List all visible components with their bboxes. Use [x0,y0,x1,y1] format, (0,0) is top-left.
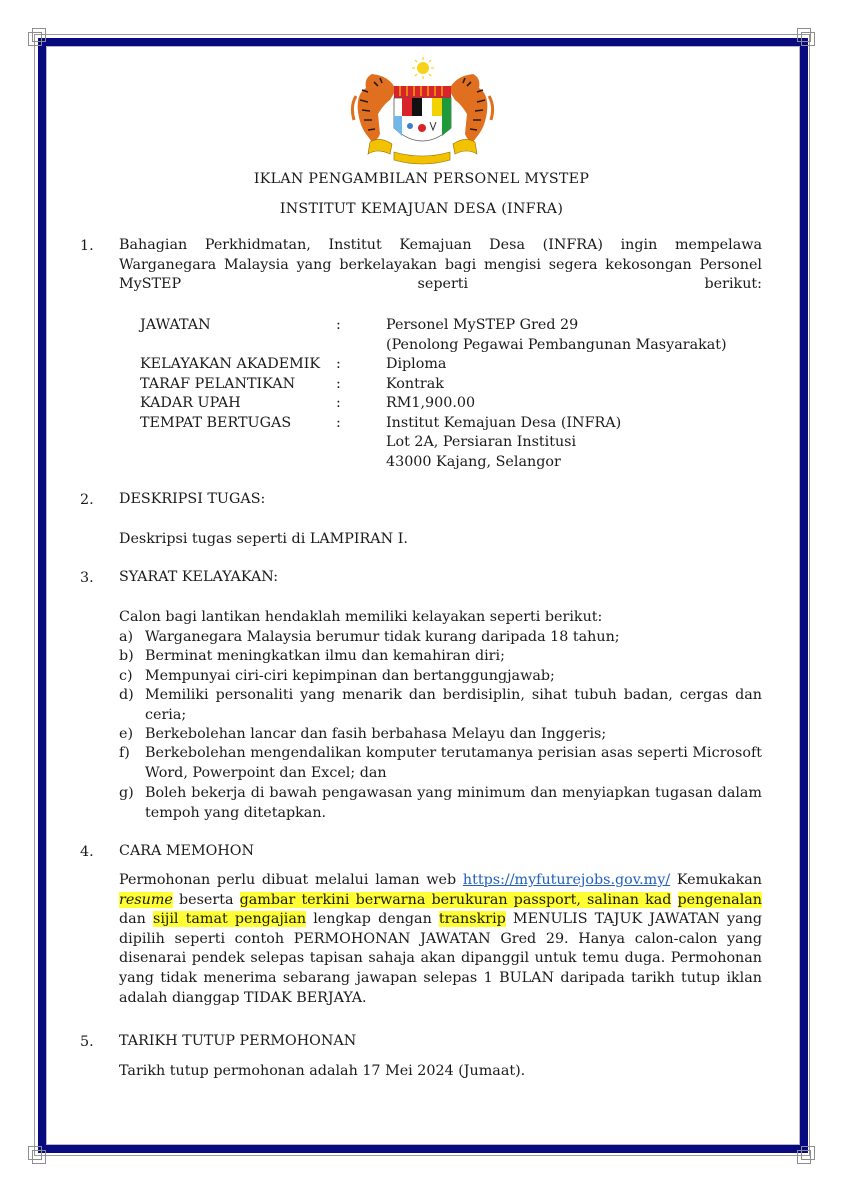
list-item: b) Berminat meningkatkan ilmu dan kemahi… [119,647,762,667]
section-number: 3. [80,570,94,586]
list-text: Boleh bekerja di bawah pengawasan yang m… [145,784,762,823]
detail-row-kelayakan: KELAYAKAN AKADEMIK : Diploma [140,356,770,376]
detail-value: 43000 Kajang, Selangor [386,454,561,470]
document-title: IKLAN PENGAMBILAN PERSONEL MYSTEP [0,171,843,187]
section-number: 1. [80,238,94,254]
list-text: Berkebolehan mengendalikan komputer teru… [145,744,762,783]
list-item: e) Berkebolehan lancar dan fasih berbaha… [119,725,762,745]
detail-label: JAWATAN [140,317,211,333]
section-2-text: Deskripsi tugas seperti di LAMPIRAN I. [119,530,408,550]
list-marker: g) [119,784,134,804]
list-text: Warganegara Malaysia berumur tidak kuran… [145,628,762,648]
list-item: a) Warganegara Malaysia berumur tidak ku… [119,628,762,648]
section-5-text: Tarikh tutup permohonan adalah 17 Mei 20… [119,1062,525,1082]
text-run: beserta [173,892,240,908]
detail-row-jawatan: JAWATAN : Personel MySTEP Gred 29 [140,317,770,337]
section-4-paragraph: Permohonan perlu dibuat melalui laman we… [119,871,762,1008]
detail-row-jawatan-cont: (Penolong Pegawai Pembangunan Masyarakat… [140,337,770,357]
list-item: c) Mempunyai ciri-ciri kepimpinan dan be… [119,667,762,687]
detail-value: Diploma [386,356,446,372]
detail-row-taraf: TARAF PELANTIKAN : Kontrak [140,376,770,396]
detail-row-kadar: KADAR UPAH : RM1,900.00 [140,395,770,415]
border-corner-ornament [797,1150,811,1164]
detail-value: Personel MySTEP Gred 29 [386,317,578,333]
motto-ribbon-icon [368,139,477,164]
detail-label: TARAF PELANTIKAN [140,376,295,392]
section-number: 2. [80,492,94,508]
detail-label: KADAR UPAH [140,395,241,411]
detail-value: Institut Kemajuan Desa (INFRA) [386,415,621,431]
document-subtitle: INSTITUT KEMAJUAN DESA (INFRA) [0,201,843,217]
highlight-gambar: gambar terkini berwarna berukuran passpo… [240,892,672,908]
section-number: 5. [80,1034,94,1050]
list-text: Mempunyai ciri-ciri kepimpinan dan berta… [145,667,762,687]
detail-row-tempat-cont: Lot 2A, Persiaran Institusi [140,434,770,454]
text-run: dan [119,911,153,927]
section-4-heading: CARA MEMOHON [119,842,254,862]
star-crescent-icon [410,57,436,83]
list-item: f) Berkebolehan mengendalikan komputer t… [119,744,762,783]
list-text: Berkebolehan lancar dan fasih berbahasa … [145,725,762,745]
section-number: 4. [80,844,94,860]
highlight-transkrip: transkrip [439,911,506,927]
detail-label: TEMPAT BERTUGAS [140,415,291,431]
detail-colon: : [336,395,341,411]
border-corner-ornament [797,28,811,42]
text-run: Permohonan perlu dibuat melalui laman we… [119,872,463,888]
list-marker: a) [119,628,133,648]
tiger-right-icon [449,74,493,142]
list-marker: b) [119,647,134,667]
section-5-heading: TARIKH TUTUP PERMOHONAN [119,1032,356,1052]
shield-icon [394,86,451,141]
list-text: Berminat meningkatkan ilmu dan kemahiran… [145,647,762,667]
list-text: Memiliki personaliti yang menarik dan be… [145,686,762,725]
text-run: Kemukakan [670,872,762,888]
detail-colon: : [336,376,341,392]
list-marker: d) [119,686,134,706]
text-run: lengkap dengan [306,911,439,927]
detail-label: KELAYAKAN AKADEMIK [140,356,320,372]
detail-value: (Penolong Pegawai Pembangunan Masyarakat… [386,337,727,353]
list-item: g) Boleh bekerja di bawah pengawasan yan… [119,784,762,823]
detail-colon: : [336,356,341,372]
list-marker: f) [119,744,130,764]
section-3-intro: Calon bagi lantikan hendaklah memiliki k… [119,608,602,628]
highlight-resume: resume [119,892,173,908]
section-3-heading: SYARAT KELAYAKAN: [119,568,278,588]
myfuturejobs-link[interactable]: https://myfuturejobs.gov.my/ [463,872,670,888]
detail-value: Lot 2A, Persiaran Institusi [386,434,576,450]
detail-value: Kontrak [386,376,444,392]
highlight-pengenalan: pengenalan [678,892,762,908]
section-2-heading: DESKRIPSI TUGAS: [119,490,265,510]
detail-row-tempat-cont: 43000 Kajang, Selangor [140,454,770,474]
highlight-sijil: sijil tamat pengajian [153,911,306,927]
detail-colon: : [336,415,341,431]
border-corner-ornament [32,28,46,42]
section-1-text: Bahagian Perkhidmatan, Institut Kemajuan… [119,236,762,294]
text-run [671,892,677,908]
coat-of-arms-logo [350,56,495,166]
list-marker: e) [119,725,133,745]
list-item: d) Memiliki personaliti yang menarik dan… [119,686,762,725]
tiger-left-icon [352,74,396,142]
detail-value: RM1,900.00 [386,395,475,411]
list-marker: c) [119,667,133,687]
detail-row-tempat: TEMPAT BERTUGAS : Institut Kemajuan Desa… [140,415,770,435]
border-corner-ornament [32,1150,46,1164]
detail-colon: : [336,317,341,333]
section-1-paragraph: Bahagian Perkhidmatan, Institut Kemajuan… [119,237,762,292]
